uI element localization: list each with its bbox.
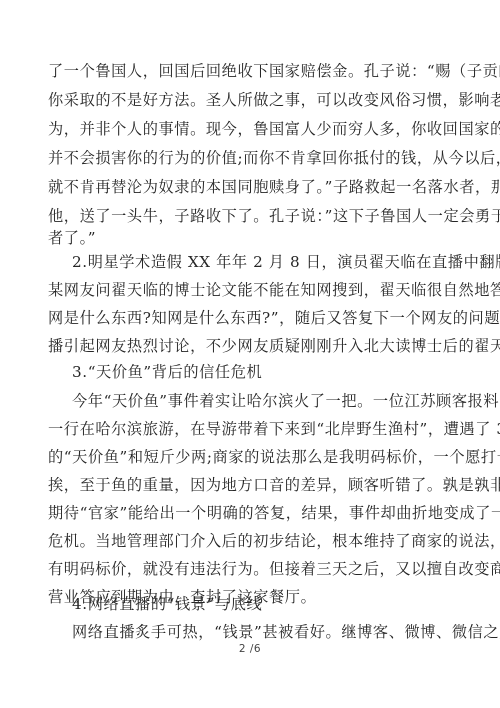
section-heading-4: 4.网络直播的“钱景”与底线	[72, 593, 438, 615]
text-line-9: 某网友问翟天临的博士论文能不能在知网搜到，翟天临很自然地答复：“知	[48, 279, 438, 301]
text-line-14: 一行在哈尔滨旅游，在导游带着下来到“北岸野生渔村”，遭遇了 398 一斤	[48, 418, 438, 440]
text-line-16: 挨，至于鱼的重量，因为地方口音的差异，顾客听错了。孰是孰非，观者都	[48, 474, 438, 496]
page-number: 2 /6	[0, 643, 500, 655]
text-line-18: 危机。当地管理部门介入后的初步结论，根本维持了商家的说法，强调店里	[48, 530, 438, 552]
text-line-17: 期待“官家”能给出一个明确的答复，结果，事件却曲折地变成了一场信任	[48, 502, 438, 524]
text-line-7: 者了。”	[48, 227, 438, 249]
section-heading-3: 3.“天价鱼”背后的信任危机	[72, 361, 438, 383]
document-page: 了一个鲁国人，回国后回绝收下国家赔偿金。孔子说：“赐（子贡的名）呀， 你采取的不…	[0, 0, 500, 708]
text-line-3: 为，并非个人的事情。现今，鲁国富人少而穷人多，你收回国家的补偿金，	[48, 118, 438, 140]
paragraph-start-3: 今年“天价鱼”事件着实让哈尔滨火了一把。一位江苏顾客报料，自己	[72, 390, 438, 412]
text-line-4: 并不会损害你的行为的价值;而你不肯拿回你抵付的钱，从今以后，鲁国人	[48, 147, 438, 169]
text-line-19: 有明码标价，就没有违法行为。但接着三天之后，又以擅自改变商铺名称和	[48, 558, 438, 580]
text-line-6: 他，送了一头牛，子路收下了。孔子说：”这下子鲁国人一定会勇于救落水	[48, 205, 438, 227]
text-line-10: 网是什么东西?知网是什么东西?”，随后又答复下一个网友的问题。此次直	[48, 307, 438, 329]
paragraph-start-4: 网络直播炙手可热，“钱景”甚被看好。继博客、微博、微信之后，直	[72, 621, 438, 643]
text-line-11: 播引起网友热烈讨论，不少网友质疑刚刚升入北大读博士后的翟天临。	[48, 335, 438, 357]
paragraph-item-2: 2.明星学术造假 XX 年年 2 月 8 日，演员翟天临在直播中翻牌网友留言，	[72, 251, 438, 273]
text-line-5: 就不肯再替沦为奴隶的本国同胞赎身了。”子路救起一名落水者，那人感谢	[48, 176, 438, 198]
text-line-15: 的“天价鱼”和短斤少两;商家的说法那么是我明码标价，一个愿打一个愿	[48, 446, 438, 468]
text-line-1: 了一个鲁国人，回国后回绝收下国家赔偿金。孔子说：“赐（子贡的名）呀，	[48, 60, 438, 82]
text-line-2: 你采取的不是好方法。圣人所做之事，可以改变风俗习惯，影响老百姓的行	[48, 89, 438, 111]
